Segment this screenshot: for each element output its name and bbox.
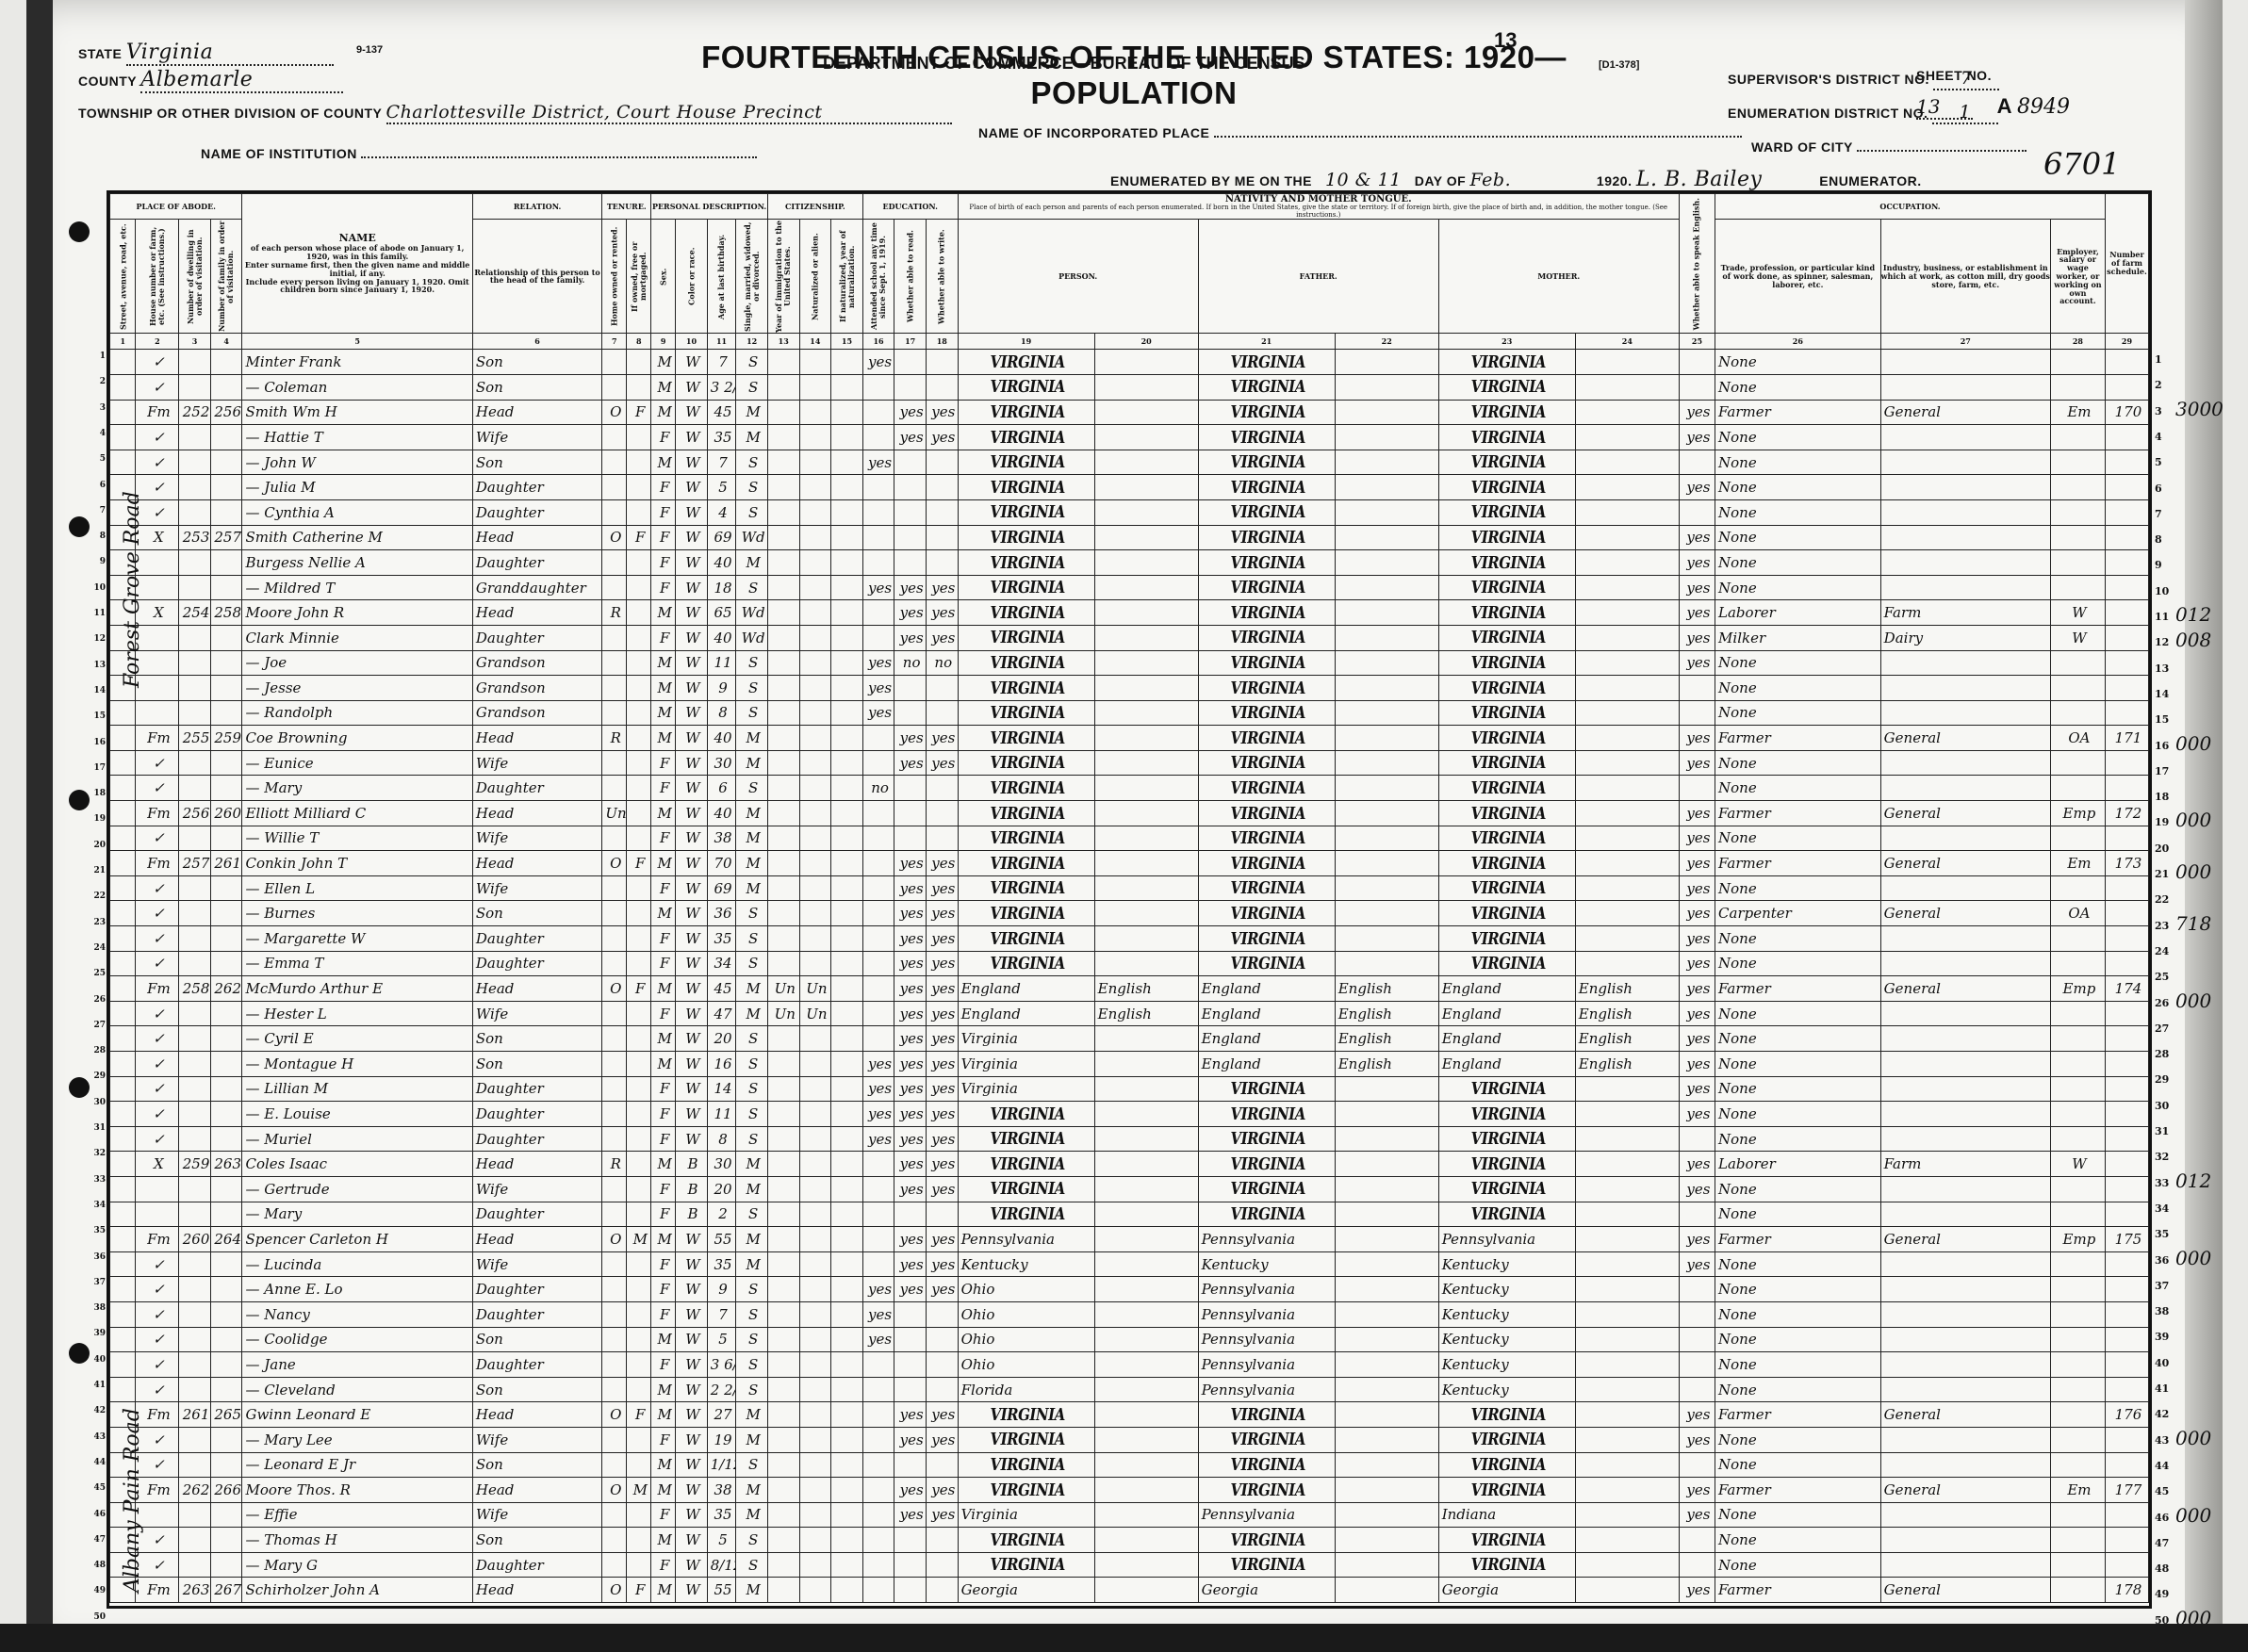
cell-street <box>110 1176 136 1202</box>
cell-english: yes <box>1679 650 1715 676</box>
cell-name: Smith Wm H <box>242 400 472 425</box>
cell-naturalized <box>799 875 831 901</box>
cell-immigration <box>767 1452 799 1478</box>
cell-owned <box>602 1427 627 1452</box>
cell-f-pob: VIRGINIA <box>1198 1550 1335 1580</box>
cell-trade: Farmer <box>1715 1478 1881 1503</box>
cell-school <box>862 1251 894 1277</box>
cell-marital: S <box>736 1126 768 1152</box>
cell-natyear <box>831 1176 863 1202</box>
cell-immigration <box>767 851 799 876</box>
cell-family: 266 <box>210 1478 242 1503</box>
cell-family: 257 <box>210 525 242 550</box>
cell-write: yes <box>926 625 958 650</box>
header-citizenship: CITIZENSHIP. <box>767 194 862 220</box>
line-number: 12 <box>2155 636 2169 648</box>
cell-m-tongue <box>1575 1352 1679 1378</box>
cell-read <box>894 826 927 851</box>
cell-naturalized <box>799 1502 831 1528</box>
stamp-number: 8949 <box>2017 95 2070 119</box>
cell-immigration <box>767 499 799 525</box>
line-number: 25 <box>85 969 106 978</box>
cell-relation: Head <box>472 851 601 876</box>
cell-trade: Farmer <box>1715 1227 1881 1252</box>
cell-pob: VIRGINIA <box>958 1199 1094 1229</box>
cell-family: 267 <box>210 1578 242 1603</box>
cell-industry <box>1880 1251 2050 1277</box>
cell-tongue <box>1094 1102 1198 1127</box>
cell-f-tongue <box>1335 1102 1438 1127</box>
cell-name: — Muriel <box>242 1126 472 1152</box>
county-label: County <box>78 74 137 89</box>
line-number: 1 <box>85 352 106 361</box>
cell-farm <box>2105 776 2148 801</box>
cell-dwelling: 256 <box>179 801 211 826</box>
subheader-mortgaged: If owned, free or mortgaged. <box>627 220 651 334</box>
margin-code: 000 <box>2175 1504 2211 1527</box>
cell-trade: None <box>1715 875 1881 901</box>
table-row: Fm255259Coe BrowningHeadRMW40MyesyesVIRG… <box>110 726 2149 751</box>
cell-age: 38 <box>707 826 736 851</box>
cell-relation: Wife <box>472 425 601 450</box>
cell-school <box>862 1452 894 1478</box>
cell-tongue <box>1094 826 1198 851</box>
cell-trade: None <box>1715 1026 1881 1052</box>
cell-read <box>894 550 927 576</box>
cell-employer <box>2050 1301 2105 1327</box>
cell-sex: M <box>651 450 676 475</box>
cell-m-tongue: English <box>1575 1026 1679 1052</box>
cell-color: W <box>676 400 708 425</box>
cell-english: yes <box>1679 951 1715 976</box>
cell-f-pob: Pennsylvania <box>1198 1377 1335 1402</box>
cell-f-tongue <box>1335 1402 1438 1428</box>
line-number: 9 <box>2155 559 2162 571</box>
cell-house: ✓ <box>136 1126 179 1152</box>
line-number: 29 <box>85 1071 106 1081</box>
cell-immigration <box>767 1327 799 1352</box>
cell-color: W <box>676 1301 708 1327</box>
cell-owned <box>602 700 627 726</box>
cell-write <box>926 450 958 475</box>
cell-trade: None <box>1715 700 1881 726</box>
column-number: 1 <box>110 334 136 350</box>
cell-mortgaged <box>627 350 651 375</box>
cell-write: yes <box>926 1052 958 1077</box>
cell-pob: Ohio <box>958 1327 1094 1352</box>
header-english: Whether able to speak English. <box>1679 194 1715 334</box>
census-table: PLACE OF ABODE. NAME of each person whos… <box>109 193 2149 1603</box>
cell-immigration <box>767 1502 799 1528</box>
cell-tongue <box>1094 1126 1198 1152</box>
subheader-marital: Single, married, widowed, or divorced. <box>736 220 768 334</box>
cell-mortgaged <box>627 1528 651 1553</box>
cell-m-tongue <box>1575 550 1679 576</box>
cell-name: — Mary G <box>242 1552 472 1578</box>
cell-marital: S <box>736 1552 768 1578</box>
column-number: 6 <box>472 334 601 350</box>
cell-write: yes <box>926 1076 958 1102</box>
cell-industry <box>1880 776 2050 801</box>
enumerator-label: Enumerator. <box>1819 173 1921 188</box>
cell-immigration: Un <box>767 1001 799 1026</box>
subheader-naturalization-year: If naturalized, year of naturalization. <box>831 220 863 334</box>
subheader-industry: Industry, business, or establishment in … <box>1880 220 2050 334</box>
cell-employer: Emp <box>2050 976 2105 1002</box>
cell-m-tongue <box>1575 600 1679 626</box>
cell-m-tongue <box>1575 776 1679 801</box>
cell-sex: M <box>651 650 676 676</box>
table-row: ✓— JaneDaughterFW3 6/12SOhioPennsylvania… <box>110 1352 2149 1378</box>
cell-tongue <box>1094 750 1198 776</box>
incorporated-place-field: Name of incorporated place <box>978 125 1742 140</box>
cell-english: yes <box>1679 575 1715 600</box>
cell-marital: S <box>736 499 768 525</box>
cell-read <box>894 1452 927 1478</box>
cell-write <box>926 475 958 500</box>
cell-sex: M <box>651 1528 676 1553</box>
cell-industry <box>1880 750 2050 776</box>
cell-natyear <box>831 425 863 450</box>
cell-farm <box>2105 1102 2148 1127</box>
cell-english: yes <box>1679 851 1715 876</box>
cell-owned: R <box>602 600 627 626</box>
cell-naturalized <box>799 1452 831 1478</box>
table-row: ✓— EuniceWifeFW30MyesyesVIRGINIAVIRGINIA… <box>110 750 2149 776</box>
cell-dwelling <box>179 700 211 726</box>
cell-tongue <box>1094 625 1198 650</box>
cell-employer: OA <box>2050 726 2105 751</box>
cell-house: ✓ <box>136 926 179 952</box>
cell-color: W <box>676 976 708 1002</box>
line-number: 35 <box>2155 1228 2169 1240</box>
cell-employer <box>2050 1176 2105 1202</box>
line-number: 16 <box>2155 740 2169 752</box>
cell-f-pob: England <box>1198 1026 1335 1052</box>
cell-owned <box>602 1327 627 1352</box>
cell-marital: S <box>736 776 768 801</box>
cell-relation: Head <box>472 1578 601 1603</box>
cell-naturalized <box>799 400 831 425</box>
cell-tongue: English <box>1094 976 1198 1002</box>
cell-house: ✓ <box>136 1001 179 1026</box>
cell-naturalized <box>799 1377 831 1402</box>
cell-m-tongue <box>1575 1277 1679 1302</box>
form-code: 9-137 <box>356 44 383 56</box>
cell-read: yes <box>894 1227 927 1252</box>
line-number: 5 <box>2155 456 2162 468</box>
cell-owned <box>602 374 627 400</box>
cell-f-tongue <box>1335 1152 1438 1177</box>
line-number: 41 <box>2155 1382 2169 1395</box>
cell-write <box>926 525 958 550</box>
cell-industry <box>1880 1327 2050 1352</box>
cell-age: 6 <box>707 776 736 801</box>
cell-farm: 176 <box>2105 1402 2148 1428</box>
cell-owned <box>602 625 627 650</box>
cell-trade: None <box>1715 776 1881 801</box>
column-number: 13 <box>767 334 799 350</box>
cell-industry: Farm <box>1880 1152 2050 1177</box>
cell-immigration <box>767 801 799 826</box>
cell-owned <box>602 550 627 576</box>
cell-owned <box>602 450 627 475</box>
cell-pob: VIRGINIA <box>958 1550 1094 1580</box>
cell-read: yes <box>894 1251 927 1277</box>
cell-read: yes <box>894 600 927 626</box>
cell-owned: O <box>602 976 627 1002</box>
cell-farm <box>2105 700 2148 726</box>
cell-school: yes <box>862 676 894 701</box>
column-number: 29 <box>2105 334 2148 350</box>
cell-street <box>110 875 136 901</box>
line-number: 8 <box>85 532 106 541</box>
table-row: ✓— BurnesSonMW36SyesyesVIRGINIAVIRGINIAV… <box>110 901 2149 926</box>
cell-color: W <box>676 600 708 626</box>
cell-color: W <box>676 1126 708 1152</box>
line-number: 43 <box>2155 1434 2169 1447</box>
cell-naturalized <box>799 625 831 650</box>
cell-farm <box>2105 1377 2148 1402</box>
cell-color: W <box>676 926 708 952</box>
cell-m-pob: England <box>1438 976 1575 1002</box>
cell-english: yes <box>1679 1478 1715 1503</box>
cell-name: — Ellen L <box>242 875 472 901</box>
cell-marital: M <box>736 750 768 776</box>
cell-name: Conkin John T <box>242 851 472 876</box>
cell-english <box>1679 1301 1715 1327</box>
cell-dwelling <box>179 650 211 676</box>
cell-employer <box>2050 425 2105 450</box>
incorporated-place-label: Name of incorporated place <box>978 125 1209 140</box>
year-label: 1920. <box>1597 173 1633 188</box>
cell-owned: R <box>602 1152 627 1177</box>
cell-color: W <box>676 350 708 375</box>
cell-natyear <box>831 475 863 500</box>
table-row: ✓— LucindaWifeFW35MyesyesKentuckyKentuck… <box>110 1251 2149 1277</box>
cell-marital: M <box>736 801 768 826</box>
cell-m-tongue <box>1575 826 1679 851</box>
line-number: 48 <box>85 1561 106 1570</box>
cell-english: yes <box>1679 1176 1715 1202</box>
cell-f-tongue <box>1335 374 1438 400</box>
cell-m-pob: England <box>1438 1001 1575 1026</box>
cell-color: W <box>676 450 708 475</box>
cell-dwelling <box>179 1202 211 1227</box>
cell-trade: None <box>1715 1427 1881 1452</box>
cell-naturalized <box>799 499 831 525</box>
column-number: 4 <box>210 334 242 350</box>
cell-m-tongue <box>1575 676 1679 701</box>
cell-immigration <box>767 726 799 751</box>
cell-f-tongue <box>1335 875 1438 901</box>
cell-house: Fm <box>136 400 179 425</box>
cell-write <box>926 1377 958 1402</box>
cell-owned <box>602 1352 627 1378</box>
cell-color: W <box>676 1102 708 1127</box>
cell-marital: Wd <box>736 525 768 550</box>
cell-m-tongue <box>1575 650 1679 676</box>
cell-tongue <box>1094 676 1198 701</box>
cell-industry <box>1880 1076 2050 1102</box>
cell-marital: S <box>736 1452 768 1478</box>
table-row: — EffieWifeFW35MyesyesVirginiaPennsylvan… <box>110 1502 2149 1528</box>
cell-relation: Daughter <box>472 625 601 650</box>
cell-owned <box>602 575 627 600</box>
cell-farm <box>2105 750 2148 776</box>
cell-house: ✓ <box>136 1301 179 1327</box>
cell-immigration <box>767 951 799 976</box>
enumerator-number: 6701 <box>2043 146 2120 182</box>
subheader-trade: Trade, profession, or particular kind of… <box>1715 220 1881 334</box>
table-row: ✓— Hattie TWifeFW35MyesyesVIRGINIAVIRGIN… <box>110 425 2149 450</box>
line-number: 37 <box>85 1278 106 1287</box>
cell-name: — Nancy <box>242 1301 472 1327</box>
cell-owned <box>602 1552 627 1578</box>
cell-naturalized <box>799 1427 831 1452</box>
cell-natyear <box>831 1327 863 1352</box>
cell-name: Coe Browning <box>242 726 472 751</box>
cell-m-tongue: English <box>1575 1001 1679 1026</box>
cell-naturalized <box>799 425 831 450</box>
cell-relation: Daughter <box>472 499 601 525</box>
cell-school <box>862 1176 894 1202</box>
line-number: 16 <box>85 738 106 747</box>
cell-industry <box>1880 1176 2050 1202</box>
subheader-age: Age at last birthday. <box>707 220 736 334</box>
cell-sex: M <box>651 1052 676 1077</box>
cell-f-tongue <box>1335 450 1438 475</box>
cell-english <box>1679 499 1715 525</box>
margin-code: 012 <box>2175 1169 2211 1192</box>
cell-tongue <box>1094 1076 1198 1102</box>
cell-employer <box>2050 750 2105 776</box>
cell-m-pob: VIRGINIA <box>1438 948 1575 978</box>
cell-mortgaged <box>627 600 651 626</box>
sheet-field: Sheet No. <box>1916 68 1992 83</box>
cell-natyear <box>831 1377 863 1402</box>
cell-mortgaged <box>627 750 651 776</box>
cell-owned <box>602 875 627 901</box>
cell-tongue <box>1094 1152 1198 1177</box>
cell-employer <box>2050 475 2105 500</box>
cell-owned <box>602 1176 627 1202</box>
cell-f-tongue <box>1335 1552 1438 1578</box>
cell-family <box>210 1001 242 1026</box>
line-number: 28 <box>85 1046 106 1055</box>
line-number: 11 <box>2155 611 2169 623</box>
cell-f-tongue <box>1335 826 1438 851</box>
cell-dwelling <box>179 625 211 650</box>
cell-family <box>210 1552 242 1578</box>
cell-immigration <box>767 1126 799 1152</box>
cell-read <box>894 801 927 826</box>
cell-f-tongue <box>1335 951 1438 976</box>
cell-relation: Wife <box>472 750 601 776</box>
cell-color: W <box>676 901 708 926</box>
cell-pob: Ohio <box>958 1301 1094 1327</box>
cell-write <box>926 826 958 851</box>
cell-farm <box>2105 374 2148 400</box>
street-note-road: Albany Pain Road <box>121 1408 144 1593</box>
cell-color: W <box>676 726 708 751</box>
cell-pob: Kentucky <box>958 1251 1094 1277</box>
cell-marital: M <box>736 1427 768 1452</box>
cell-house: ✓ <box>136 875 179 901</box>
cell-read <box>894 450 927 475</box>
cell-m-tongue <box>1575 1251 1679 1277</box>
line-number: 31 <box>85 1123 106 1133</box>
cell-read <box>894 1377 927 1402</box>
cell-write: yes <box>926 976 958 1002</box>
cell-marital: S <box>736 926 768 952</box>
cell-family <box>210 1052 242 1077</box>
cell-school <box>862 851 894 876</box>
table-row: Clark MinnieDaughterFW40WdyesyesVIRGINIA… <box>110 625 2149 650</box>
cell-m-tongue <box>1575 1152 1679 1177</box>
cell-house: ✓ <box>136 1251 179 1277</box>
cell-mortgaged <box>627 1377 651 1402</box>
cell-color: B <box>676 1176 708 1202</box>
cell-school <box>862 475 894 500</box>
cell-dwelling <box>179 750 211 776</box>
cell-read <box>894 374 927 400</box>
cell-school <box>862 976 894 1002</box>
cell-f-pob: Pennsylvania <box>1198 1502 1335 1528</box>
cell-natyear <box>831 750 863 776</box>
cell-school: yes <box>862 1277 894 1302</box>
cell-owned <box>602 499 627 525</box>
cell-marital: S <box>736 1301 768 1327</box>
cell-house: ✓ <box>136 1052 179 1077</box>
cell-color: W <box>676 1578 708 1603</box>
cell-natyear <box>831 826 863 851</box>
cell-immigration <box>767 826 799 851</box>
cell-industry <box>1880 1552 2050 1578</box>
cell-marital: S <box>736 676 768 701</box>
column-number-row: 1234567891011121314151617181920212223242… <box>110 334 2149 350</box>
cell-natyear <box>831 1126 863 1152</box>
line-number: 23 <box>2155 920 2169 932</box>
cell-name: — Mary <box>242 776 472 801</box>
cell-color: W <box>676 750 708 776</box>
column-number: 9 <box>651 334 676 350</box>
cell-dwelling <box>179 1001 211 1026</box>
cell-school <box>862 1402 894 1428</box>
cell-natyear <box>831 1277 863 1302</box>
street-note-forest-grove: Forest Grove Road <box>121 491 144 688</box>
cell-color: W <box>676 525 708 550</box>
cell-color: W <box>676 1227 708 1252</box>
cell-mortgaged <box>627 826 651 851</box>
cell-write: yes <box>926 1102 958 1127</box>
header-nativity-desc: Place of birth of each person and parent… <box>959 204 1679 219</box>
cell-f-tongue <box>1335 1452 1438 1478</box>
cell-f-tongue <box>1335 901 1438 926</box>
cell-mortgaged <box>627 926 651 952</box>
cell-age: 2 <box>707 1202 736 1227</box>
cell-english <box>1679 700 1715 726</box>
line-number: 14 <box>2155 688 2169 700</box>
cell-street <box>110 700 136 726</box>
cell-m-pob: VIRGINIA <box>1438 1550 1575 1580</box>
cell-english: yes <box>1679 525 1715 550</box>
cell-school: yes <box>862 575 894 600</box>
cell-f-tongue <box>1335 1277 1438 1302</box>
cell-owned: O <box>602 525 627 550</box>
line-number: 18 <box>85 789 106 798</box>
cell-naturalized <box>799 1076 831 1102</box>
